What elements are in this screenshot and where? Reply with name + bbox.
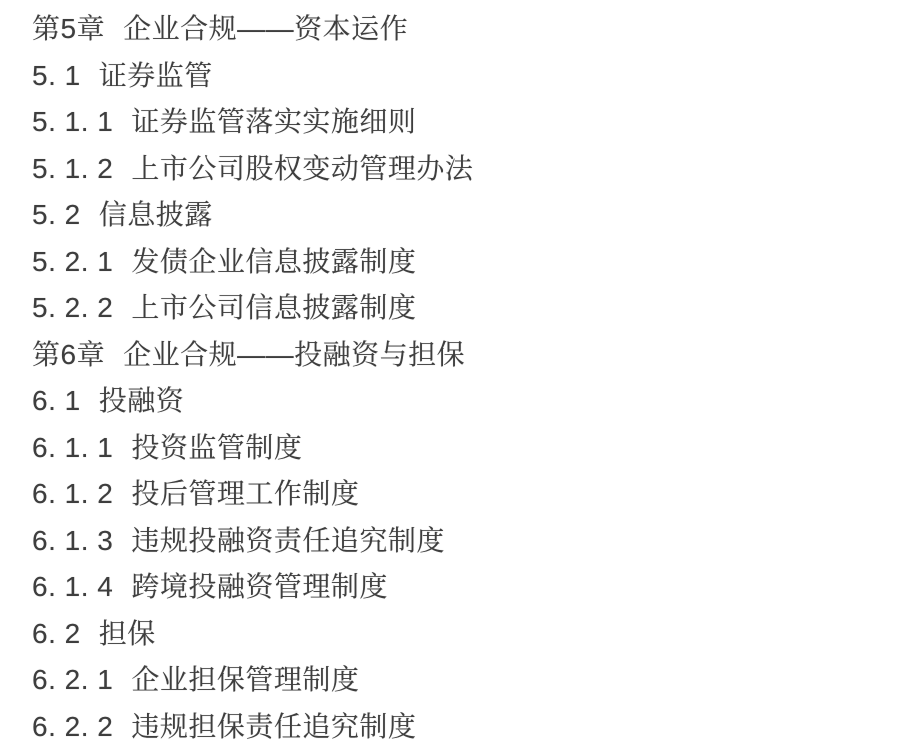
toc-entry-6-2-2: 6. 2. 2违规担保责任追究制度 <box>32 704 892 751</box>
toc-entry-number: 5. 1 <box>32 60 81 91</box>
toc-entry-6-2: 6. 2担保 <box>32 611 892 658</box>
toc-entry-6-1-2: 6. 1. 2投后管理工作制度 <box>32 471 892 518</box>
toc-entry-6-1-3: 6. 1. 3违规投融资责任追究制度 <box>32 518 892 565</box>
toc-entry-title: 跨境投融资管理制度 <box>131 571 388 602</box>
toc-entry-chapter-6: 第6章企业合规——投融资与担保 <box>32 332 892 379</box>
toc-entry-number: 6. 1. 2 <box>32 478 113 509</box>
toc-entry-number: 6. 2. 1 <box>32 664 113 695</box>
toc-entry-6-1-1: 6. 1. 1投资监管制度 <box>32 425 892 472</box>
toc-entry-number: 5. 2. 2 <box>32 292 113 323</box>
toc-entry-5-2-1: 5. 2. 1发债企业信息披露制度 <box>32 239 892 286</box>
toc-entry-6-2-1: 6. 2. 1企业担保管理制度 <box>32 657 892 704</box>
toc-entry-title: 违规投融资责任追究制度 <box>131 525 445 556</box>
toc-entry-title: 企业担保管理制度 <box>131 664 359 695</box>
toc-entry-title: 违规担保责任追究制度 <box>131 711 416 742</box>
toc-entry-number: 6. 1. 3 <box>32 525 113 556</box>
toc-entry-number: 第6章 <box>32 339 105 370</box>
toc-entry-title: 投融资 <box>99 385 185 416</box>
toc-entry-number: 6. 1. 4 <box>32 571 113 602</box>
toc-entry-number: 6. 2 <box>32 618 81 649</box>
toc-entry-5-1-2: 5. 1. 2上市公司股权变动管理办法 <box>32 146 892 193</box>
toc-entry-number: 6. 2. 2 <box>32 711 113 742</box>
toc-entry-5-2-2: 5. 2. 2上市公司信息披露制度 <box>32 285 892 332</box>
toc-entry-number: 6. 1. 1 <box>32 432 113 463</box>
toc-entry-number: 5. 1. 2 <box>32 153 113 184</box>
toc-entry-title: 信息披露 <box>99 199 213 230</box>
toc-entry-title: 担保 <box>99 618 156 649</box>
toc-entry-number: 5. 1. 1 <box>32 106 113 137</box>
toc-entry-title: 发债企业信息披露制度 <box>131 246 416 277</box>
toc-entry-5-1: 5. 1证券监管 <box>32 53 892 100</box>
toc-entry-5-2: 5. 2信息披露 <box>32 192 892 239</box>
toc-entry-title: 企业合规——投融资与担保 <box>123 339 465 370</box>
toc-entry-title: 投资监管制度 <box>131 432 302 463</box>
toc-entry-5-1-1: 5. 1. 1证券监管落实实施细则 <box>32 99 892 146</box>
toc-entry-title: 投后管理工作制度 <box>131 478 359 509</box>
toc-entry-title: 证券监管落实实施细则 <box>131 106 416 137</box>
toc-entry-title: 证券监管 <box>99 60 213 91</box>
toc-entry-number: 6. 1 <box>32 385 81 416</box>
toc-entry-6-1-4: 6. 1. 4跨境投融资管理制度 <box>32 564 892 611</box>
toc-entry-title: 企业合规——资本运作 <box>123 13 408 44</box>
toc-entry-6-1: 6. 1投融资 <box>32 378 892 425</box>
toc-entry-number: 5. 2 <box>32 199 81 230</box>
toc-entry-title: 上市公司股权变动管理办法 <box>131 153 473 184</box>
toc-entry-number: 5. 2. 1 <box>32 246 113 277</box>
toc-entry-chapter-5: 第5章企业合规——资本运作 <box>32 6 892 53</box>
toc-entry-number: 第5章 <box>32 13 105 44</box>
toc-entry-title: 上市公司信息披露制度 <box>131 292 416 323</box>
toc-page: 第5章企业合规——资本运作 5. 1证券监管 5. 1. 1证券监管落实实施细则… <box>0 0 912 751</box>
